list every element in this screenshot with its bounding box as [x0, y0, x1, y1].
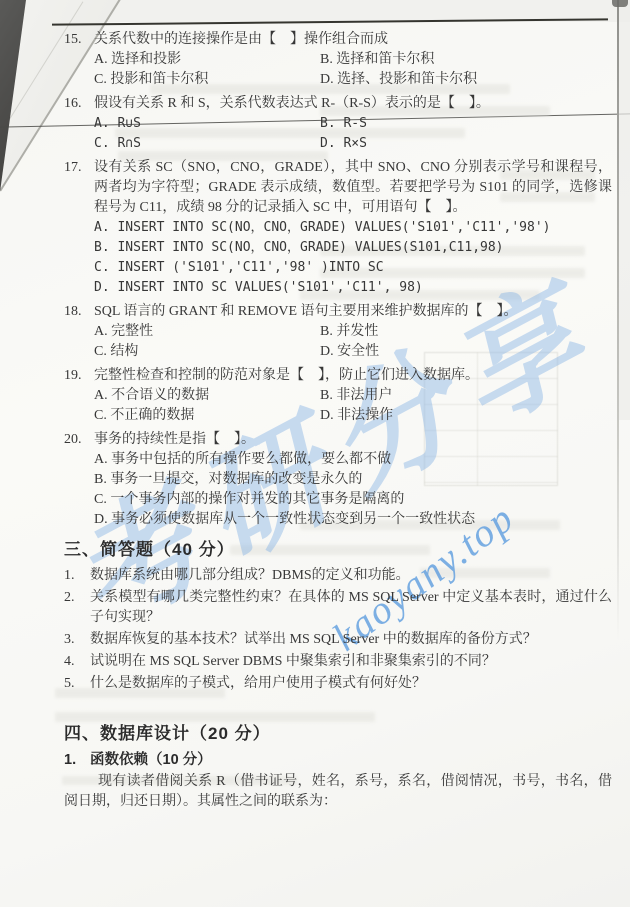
option-b: B. 事务一旦提交，对数据库的改变是永久的	[94, 470, 612, 490]
option-d: D. 安全性	[320, 342, 612, 362]
question-stem: 设有关系 SC（SNO，CNO，GRADE），其中 SNO、CNO 分别表示学号…	[94, 158, 612, 218]
section-4-subtitle: 1. 函数依赖（10 分）	[64, 750, 612, 770]
option-d: D. 选择、投影和笛卡尔积	[320, 70, 612, 90]
options-grid: A. 不合语义的数据 B. 非法用户 C. 不正确的数据 D. 非法操作	[94, 386, 612, 426]
question-stem: 关系代数中的连接操作是由【 】操作组合而成	[94, 30, 612, 50]
option-b: B. INSERT INTO SC(NO，CNO，GRADE) VALUES(S…	[94, 238, 612, 258]
option-b: B. 选择和笛卡尔积	[320, 50, 612, 70]
item-text: 数据库系统由哪几部分组成？DBMS的定义和功能。	[90, 568, 410, 583]
options-grid: A. R∪S B. R-S C. R∩S D. R×S	[94, 114, 612, 154]
option-a: A. 选择和投影	[94, 50, 320, 70]
question-number: 18.	[64, 302, 82, 322]
option-c: C. 一个事务内部的操作对并发的其它事务是隔离的	[94, 490, 612, 510]
option-c: C. 不正确的数据	[94, 406, 320, 426]
question-number: 17.	[64, 158, 82, 178]
option-d: D. 事务必须使数据库从一个一致性状态变到另一个一致性状态	[94, 510, 612, 530]
item-number: 4.	[64, 652, 75, 672]
item-number: 2.	[64, 588, 75, 608]
question-18: 18. SQL 语言的 GRANT 和 REMOVE 语句主要用来维护数据库的【…	[64, 302, 612, 362]
short-answer-item: 4. 试说明在 MS SQL Server DBMS 中聚集索引和非聚集索引的不…	[64, 652, 612, 672]
option-c: C. 投影和笛卡尔积	[94, 70, 320, 90]
section-4-title: 四、数据库设计（20 分）	[64, 722, 612, 746]
option-c: C. R∩S	[94, 134, 320, 154]
option-a: A. 事务中包括的所有操作要么都做，要么都不做	[94, 450, 612, 470]
option-b: B. 非法用户	[320, 386, 612, 406]
scan-corner-mark	[612, 0, 628, 7]
item-text: 数据库恢复的基本技术？试举出 MS SQL Server 中的数据库的备份方式？	[90, 632, 537, 647]
question-number: 15.	[64, 30, 82, 50]
item-text: 关系模型有哪几类完整性约束？在具体的 MS SQL Server 中定义基本表时…	[90, 590, 612, 625]
options-list: A. INSERT INTO SC(NO，CNO，GRADE) VALUES('…	[94, 218, 612, 298]
item-text: 什么是数据库的子模式，给用户使用子模式有何好处？	[90, 676, 426, 691]
question-17: 17. 设有关系 SC（SNO，CNO，GRADE），其中 SNO、CNO 分别…	[64, 158, 612, 298]
question-16: 16. 假设有关系 R 和 S，关系代数表达式 R-（R-S）表示的是【 】。 …	[64, 94, 612, 154]
question-19: 19. 完整性检查和控制的防范对象是【 】，防止它们进入数据库。 A. 不合语义…	[64, 366, 612, 426]
option-a: A. R∪S	[94, 114, 320, 134]
item-number: 5.	[64, 674, 75, 694]
question-15: 15. 关系代数中的连接操作是由【 】操作组合而成 A. 选择和投影 B. 选择…	[64, 30, 612, 90]
question-stem: 完整性检查和控制的防范对象是【 】，防止它们进入数据库。	[94, 366, 612, 386]
short-answer-item: 2. 关系模型有哪几类完整性约束？在具体的 MS SQL Server 中定义基…	[64, 588, 612, 628]
item-number: 1.	[64, 750, 76, 770]
item-number: 3.	[64, 630, 75, 650]
option-b: B. 并发性	[320, 322, 612, 342]
exam-body: 15. 关系代数中的连接操作是由【 】操作组合而成 A. 选择和投影 B. 选择…	[64, 30, 612, 826]
question-stem: 假设有关系 R 和 S，关系代数表达式 R-（R-S）表示的是【 】。	[94, 94, 612, 114]
option-d: D. 非法操作	[320, 406, 612, 426]
section-3-title: 三、简答题（40 分）	[64, 538, 612, 562]
page-right-margin-band	[619, 0, 630, 420]
question-stem: 事务的持续性是指【 】。	[94, 430, 612, 450]
option-a: A. 不合语义的数据	[94, 386, 320, 406]
option-c: C. 结构	[94, 342, 320, 362]
scanned-exam-page: 考研分享 kaoyany.top 15. 关系代数中的连接操作是由【 】操作组合…	[0, 0, 630, 907]
question-number: 19.	[64, 366, 82, 386]
question-20: 20. 事务的持续性是指【 】。 A. 事务中包括的所有操作要么都做，要么都不做…	[64, 430, 612, 530]
option-a: A. 完整性	[94, 322, 320, 342]
options-list: A. 事务中包括的所有操作要么都做，要么都不做 B. 事务一旦提交，对数据库的改…	[94, 450, 612, 530]
page-right-edge-line	[617, 0, 619, 640]
item-text: 试说明在 MS SQL Server DBMS 中聚集索引和非聚集索引的不同？	[90, 654, 496, 669]
option-d: D. INSERT INTO SC VALUES('S101','C11', 9…	[94, 278, 612, 298]
subtitle-text: 函数依赖（10 分）	[90, 752, 212, 768]
question-stem: SQL 语言的 GRANT 和 REMOVE 语句主要用来维护数据库的【 】。	[94, 302, 612, 322]
options-grid: A. 完整性 B. 并发性 C. 结构 D. 安全性	[94, 322, 612, 362]
option-b: B. R-S	[320, 114, 612, 134]
section-4-paragraph: 现有读者借阅关系 R（借书证号，姓名，系号，系名，借阅情况，书号，书名，借阅日期…	[64, 772, 612, 812]
options-grid: A. 选择和投影 B. 选择和笛卡尔积 C. 投影和笛卡尔积 D. 选择、投影和…	[94, 50, 612, 90]
question-number: 16.	[64, 94, 82, 114]
option-d: D. R×S	[320, 134, 612, 154]
short-answer-item: 5. 什么是数据库的子模式，给用户使用子模式有何好处？	[64, 674, 612, 694]
question-number: 20.	[64, 430, 82, 450]
option-c: C. INSERT ('S101','C11','98' )INTO SC	[94, 258, 612, 278]
short-answer-item: 1. 数据库系统由哪几部分组成？DBMS的定义和功能。	[64, 566, 612, 586]
option-a: A. INSERT INTO SC(NO，CNO，GRADE) VALUES('…	[94, 218, 612, 238]
short-answer-item: 3. 数据库恢复的基本技术？试举出 MS SQL Server 中的数据库的备份…	[64, 630, 612, 650]
item-number: 1.	[64, 566, 75, 586]
